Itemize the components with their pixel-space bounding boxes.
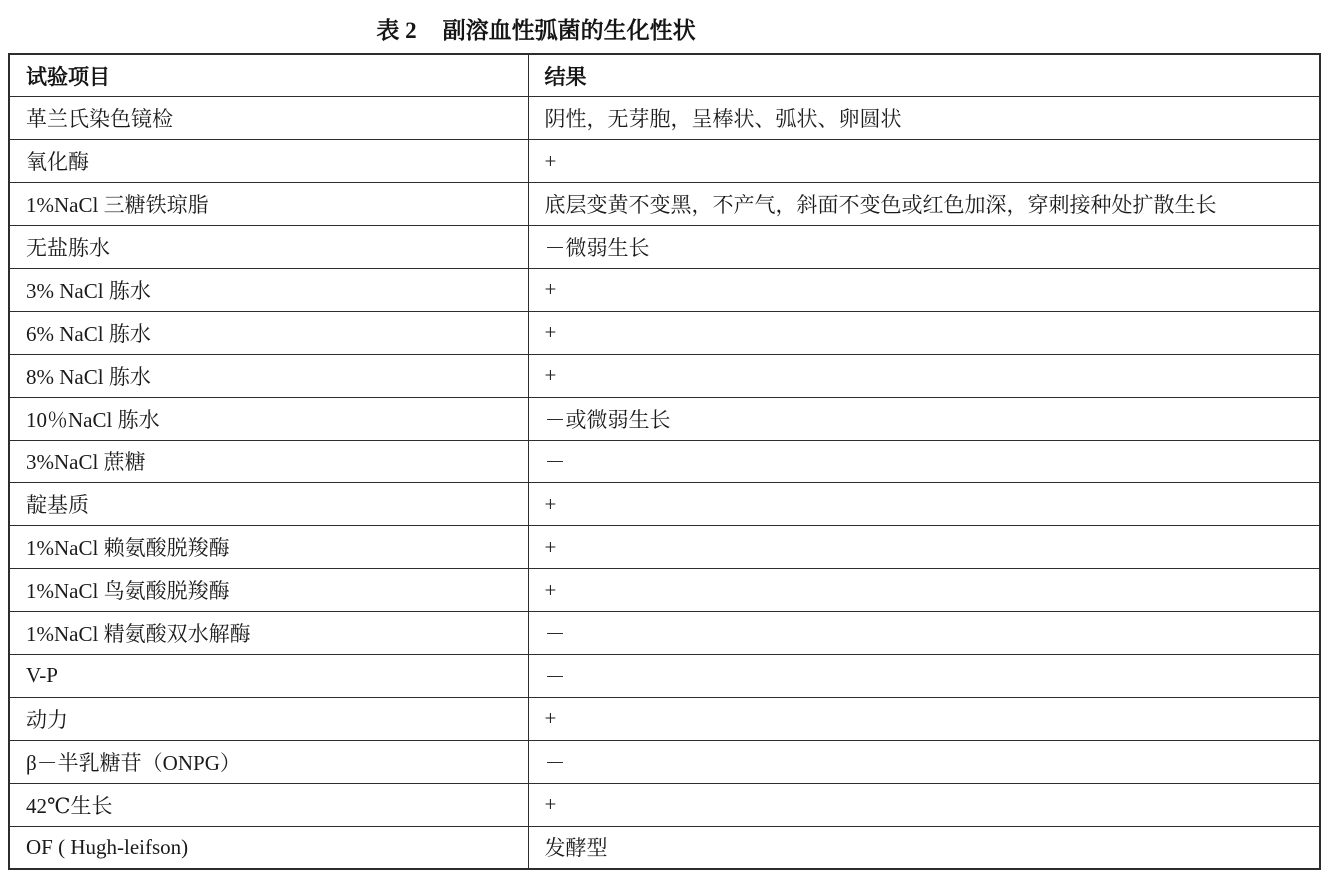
test-item-cell: 动力	[9, 697, 528, 740]
test-item-cell: 1%NaCl 鸟氨酸脱羧酶	[9, 569, 528, 612]
document-page: 表 2副溶血性弧菌的生化性状 试验项目 结果 革兰氏染色镜检阴性，无芽胞，呈棒状…	[0, 0, 1328, 871]
result-cell: 发酵型	[528, 826, 1320, 869]
test-item-cell: V-P	[9, 654, 528, 697]
test-item-cell: 3%NaCl 蔗糖	[9, 440, 528, 483]
table-row: 6% NaCl 胨水+	[9, 311, 1320, 354]
table-row: OF ( Hugh-leifson)发酵型	[9, 826, 1320, 869]
biochemical-characteristics-table: 试验项目 结果 革兰氏染色镜检阴性，无芽胞，呈棒状、弧状、卵圆状氧化酶+1%Na…	[8, 53, 1321, 870]
result-cell: －	[528, 740, 1320, 783]
table-row: 靛基质+	[9, 483, 1320, 526]
table-row: 8% NaCl 胨水+	[9, 354, 1320, 397]
table-row: 1%NaCl 鸟氨酸脱羧酶+	[9, 569, 1320, 612]
result-cell: +	[528, 483, 1320, 526]
test-item-cell: β－半乳糖苷（ONPG）	[9, 740, 528, 783]
table-caption: 表 2副溶血性弧菌的生化性状	[0, 0, 1072, 45]
table-row: V-P－	[9, 654, 1320, 697]
test-item-cell: 1%NaCl 三糖铁琼脂	[9, 183, 528, 226]
table-row: 1%NaCl 三糖铁琼脂底层变黄不变黑，不产气，斜面不变色或红色加深，穿刺接种处…	[9, 183, 1320, 226]
result-cell: +	[528, 526, 1320, 569]
result-cell: +	[528, 140, 1320, 183]
result-cell: －	[528, 612, 1320, 655]
test-item-cell: 10％NaCl 胨水	[9, 397, 528, 440]
table-row: 3%NaCl 蔗糖－	[9, 440, 1320, 483]
table-row: 无盐胨水－微弱生长	[9, 226, 1320, 269]
table-row: 氧化酶+	[9, 140, 1320, 183]
table-row: 1%NaCl 赖氨酸脱羧酶+	[9, 526, 1320, 569]
table-row: 10％NaCl 胨水－或微弱生长	[9, 397, 1320, 440]
test-item-cell: 无盐胨水	[9, 226, 528, 269]
test-item-cell: 3% NaCl 胨水	[9, 268, 528, 311]
table-header-row: 试验项目 结果	[9, 54, 1320, 97]
result-cell: －	[528, 654, 1320, 697]
test-item-cell: 6% NaCl 胨水	[9, 311, 528, 354]
result-cell: 底层变黄不变黑，不产气，斜面不变色或红色加深，穿刺接种处扩散生长	[528, 183, 1320, 226]
result-cell: 阴性，无芽胞，呈棒状、弧状、卵圆状	[528, 97, 1320, 140]
test-item-cell: 1%NaCl 精氨酸双水解酶	[9, 612, 528, 655]
result-cell: －或微弱生长	[528, 397, 1320, 440]
test-item-cell: 8% NaCl 胨水	[9, 354, 528, 397]
result-cell: +	[528, 354, 1320, 397]
result-cell: －	[528, 440, 1320, 483]
test-item-cell: OF ( Hugh-leifson)	[9, 826, 528, 869]
test-item-cell: 1%NaCl 赖氨酸脱羧酶	[9, 526, 528, 569]
table-row: 3% NaCl 胨水+	[9, 268, 1320, 311]
table-row: 42℃生长+	[9, 783, 1320, 826]
result-cell: +	[528, 697, 1320, 740]
result-cell: +	[528, 783, 1320, 826]
result-cell: +	[528, 569, 1320, 612]
column-header-test-item: 试验项目	[9, 54, 528, 97]
column-header-result: 结果	[528, 54, 1320, 97]
result-cell: +	[528, 268, 1320, 311]
table-caption-title: 副溶血性弧菌的生化性状	[443, 18, 696, 43]
table-row: 革兰氏染色镜检阴性，无芽胞，呈棒状、弧状、卵圆状	[9, 97, 1320, 140]
test-item-cell: 氧化酶	[9, 140, 528, 183]
result-cell: +	[528, 311, 1320, 354]
table-row: 1%NaCl 精氨酸双水解酶－	[9, 612, 1320, 655]
table-caption-number: 表 2	[376, 18, 416, 43]
test-item-cell: 42℃生长	[9, 783, 528, 826]
table-row: 动力+	[9, 697, 1320, 740]
test-item-cell: 革兰氏染色镜检	[9, 97, 528, 140]
result-cell: －微弱生长	[528, 226, 1320, 269]
table-row: β－半乳糖苷（ONPG）－	[9, 740, 1320, 783]
test-item-cell: 靛基质	[9, 483, 528, 526]
